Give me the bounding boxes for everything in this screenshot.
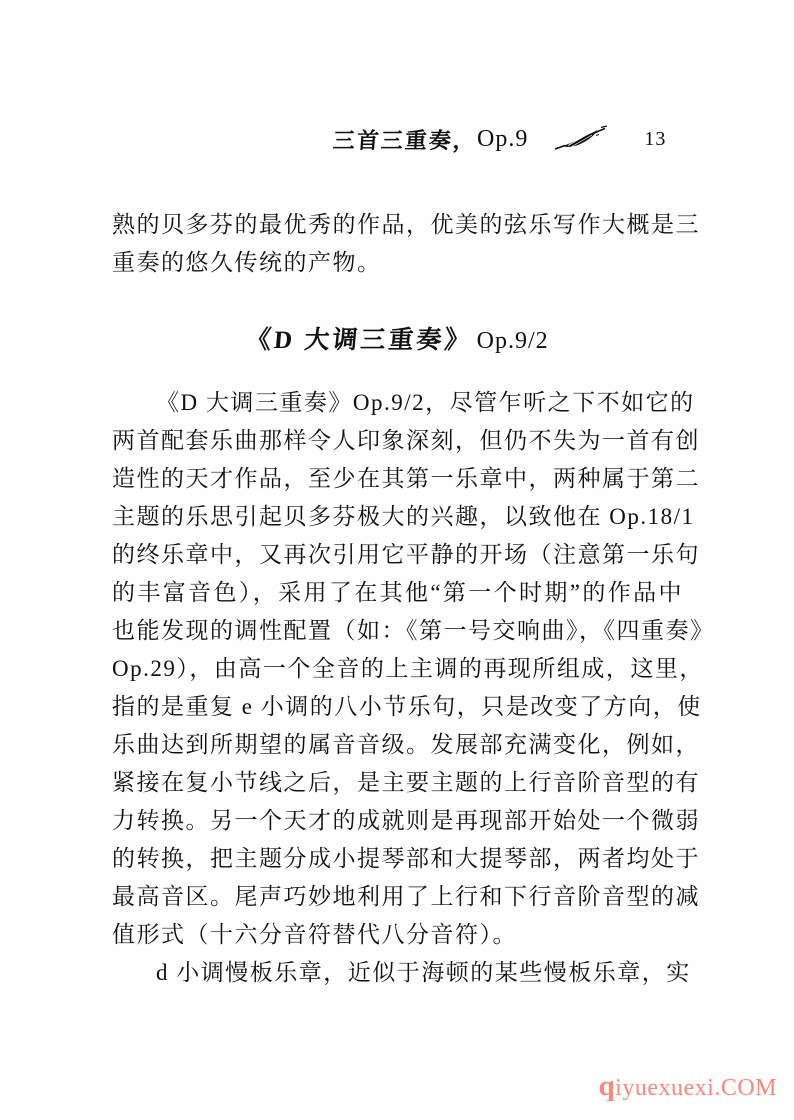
text-line: 主题的乐思引起贝多芬极大的兴趣，以致他在 Op.18/1	[112, 498, 683, 536]
watermark-initial: q	[599, 1070, 616, 1102]
running-title-opus: Op.9	[477, 126, 528, 153]
paragraph: d 小调慢板乐章，近似于海顿的某些慢板乐章，实	[112, 954, 683, 992]
scanned-page: 三首三重奏， Op.9 13 熟的贝多芬的最优秀的作品，优美的弦乐写作大概是三重…	[0, 0, 794, 1120]
running-title: 三首三重奏，	[332, 124, 478, 155]
text-line: 重奏的悠久传统的产物。	[112, 244, 683, 282]
text-line: 的丰富音色），采用了在其他“第一个时期”的作品中	[112, 574, 683, 612]
text-line: 紧接在复小节线之后，是主要主题的上行音阶音型的有	[112, 764, 683, 802]
section-heading: 《D 大调三重奏》 Op.9/2	[112, 322, 683, 360]
text-line: 的转换，把主题分成小提琴部和大提琴部，两者均处于	[112, 840, 683, 878]
text-line: 《D 大调三重奏》Op.9/2，尽管乍听之下不如它的	[112, 384, 683, 422]
text-line: 熟的贝多芬的最优秀的作品，优美的弦乐写作大概是三	[112, 206, 683, 244]
text-line: Op.29），由高一个全音的上主调的再现所组成，这里，	[112, 650, 683, 688]
text-line: 两首配套乐曲那样令人印象深刻，但仍不失为一首有创	[112, 422, 683, 460]
watermark: qiyuexuexi.COM	[599, 1070, 777, 1103]
text-line: 指的是重复 e 小调的八小节乐句，只是改变了方向，使	[112, 688, 683, 726]
text-line: 也能发现的调性配置（如：《第一号交响曲》，《四重奏》	[112, 612, 683, 650]
quill-flourish-icon	[552, 125, 610, 153]
text-line: 最高音区。尾声巧妙地利用了上行和下行音阶音型的减	[112, 878, 683, 916]
section-heading-opus: Op.9/2	[477, 328, 549, 354]
page-number: 13	[644, 128, 666, 151]
text-line: 值形式（十六分音符替代八分音符）。	[112, 916, 683, 954]
section-heading-title: 《D 大调三重奏》	[245, 322, 475, 360]
paragraph: 《D 大调三重奏》Op.9/2，尽管乍听之下不如它的两首配套乐曲那样令人印象深刻…	[112, 384, 683, 954]
text-line: 造性的天才作品，至少在其第一乐章中，两种属于第二	[112, 460, 683, 498]
text-line: 乐曲达到所期望的属音音级。发展部充满变化，例如，	[112, 726, 683, 764]
text-line: d 小调慢板乐章，近似于海顿的某些慢板乐章，实	[112, 954, 683, 992]
page-header: 三首三重奏， Op.9 13	[333, 124, 666, 154]
text-column: 熟的贝多芬的最优秀的作品，优美的弦乐写作大概是三重奏的悠久传统的产物。 《D 大…	[112, 206, 683, 992]
text-line: 的终乐章中，又再次引用它平静的开场（注意第一乐句	[112, 536, 683, 574]
watermark-text: iyuexuexi.COM	[615, 1075, 777, 1101]
paragraph: 熟的贝多芬的最优秀的作品，优美的弦乐写作大概是三重奏的悠久传统的产物。	[112, 206, 683, 282]
text-line: 力转换。另一个天才的成就则是再现部开始处一个微弱	[112, 802, 683, 840]
